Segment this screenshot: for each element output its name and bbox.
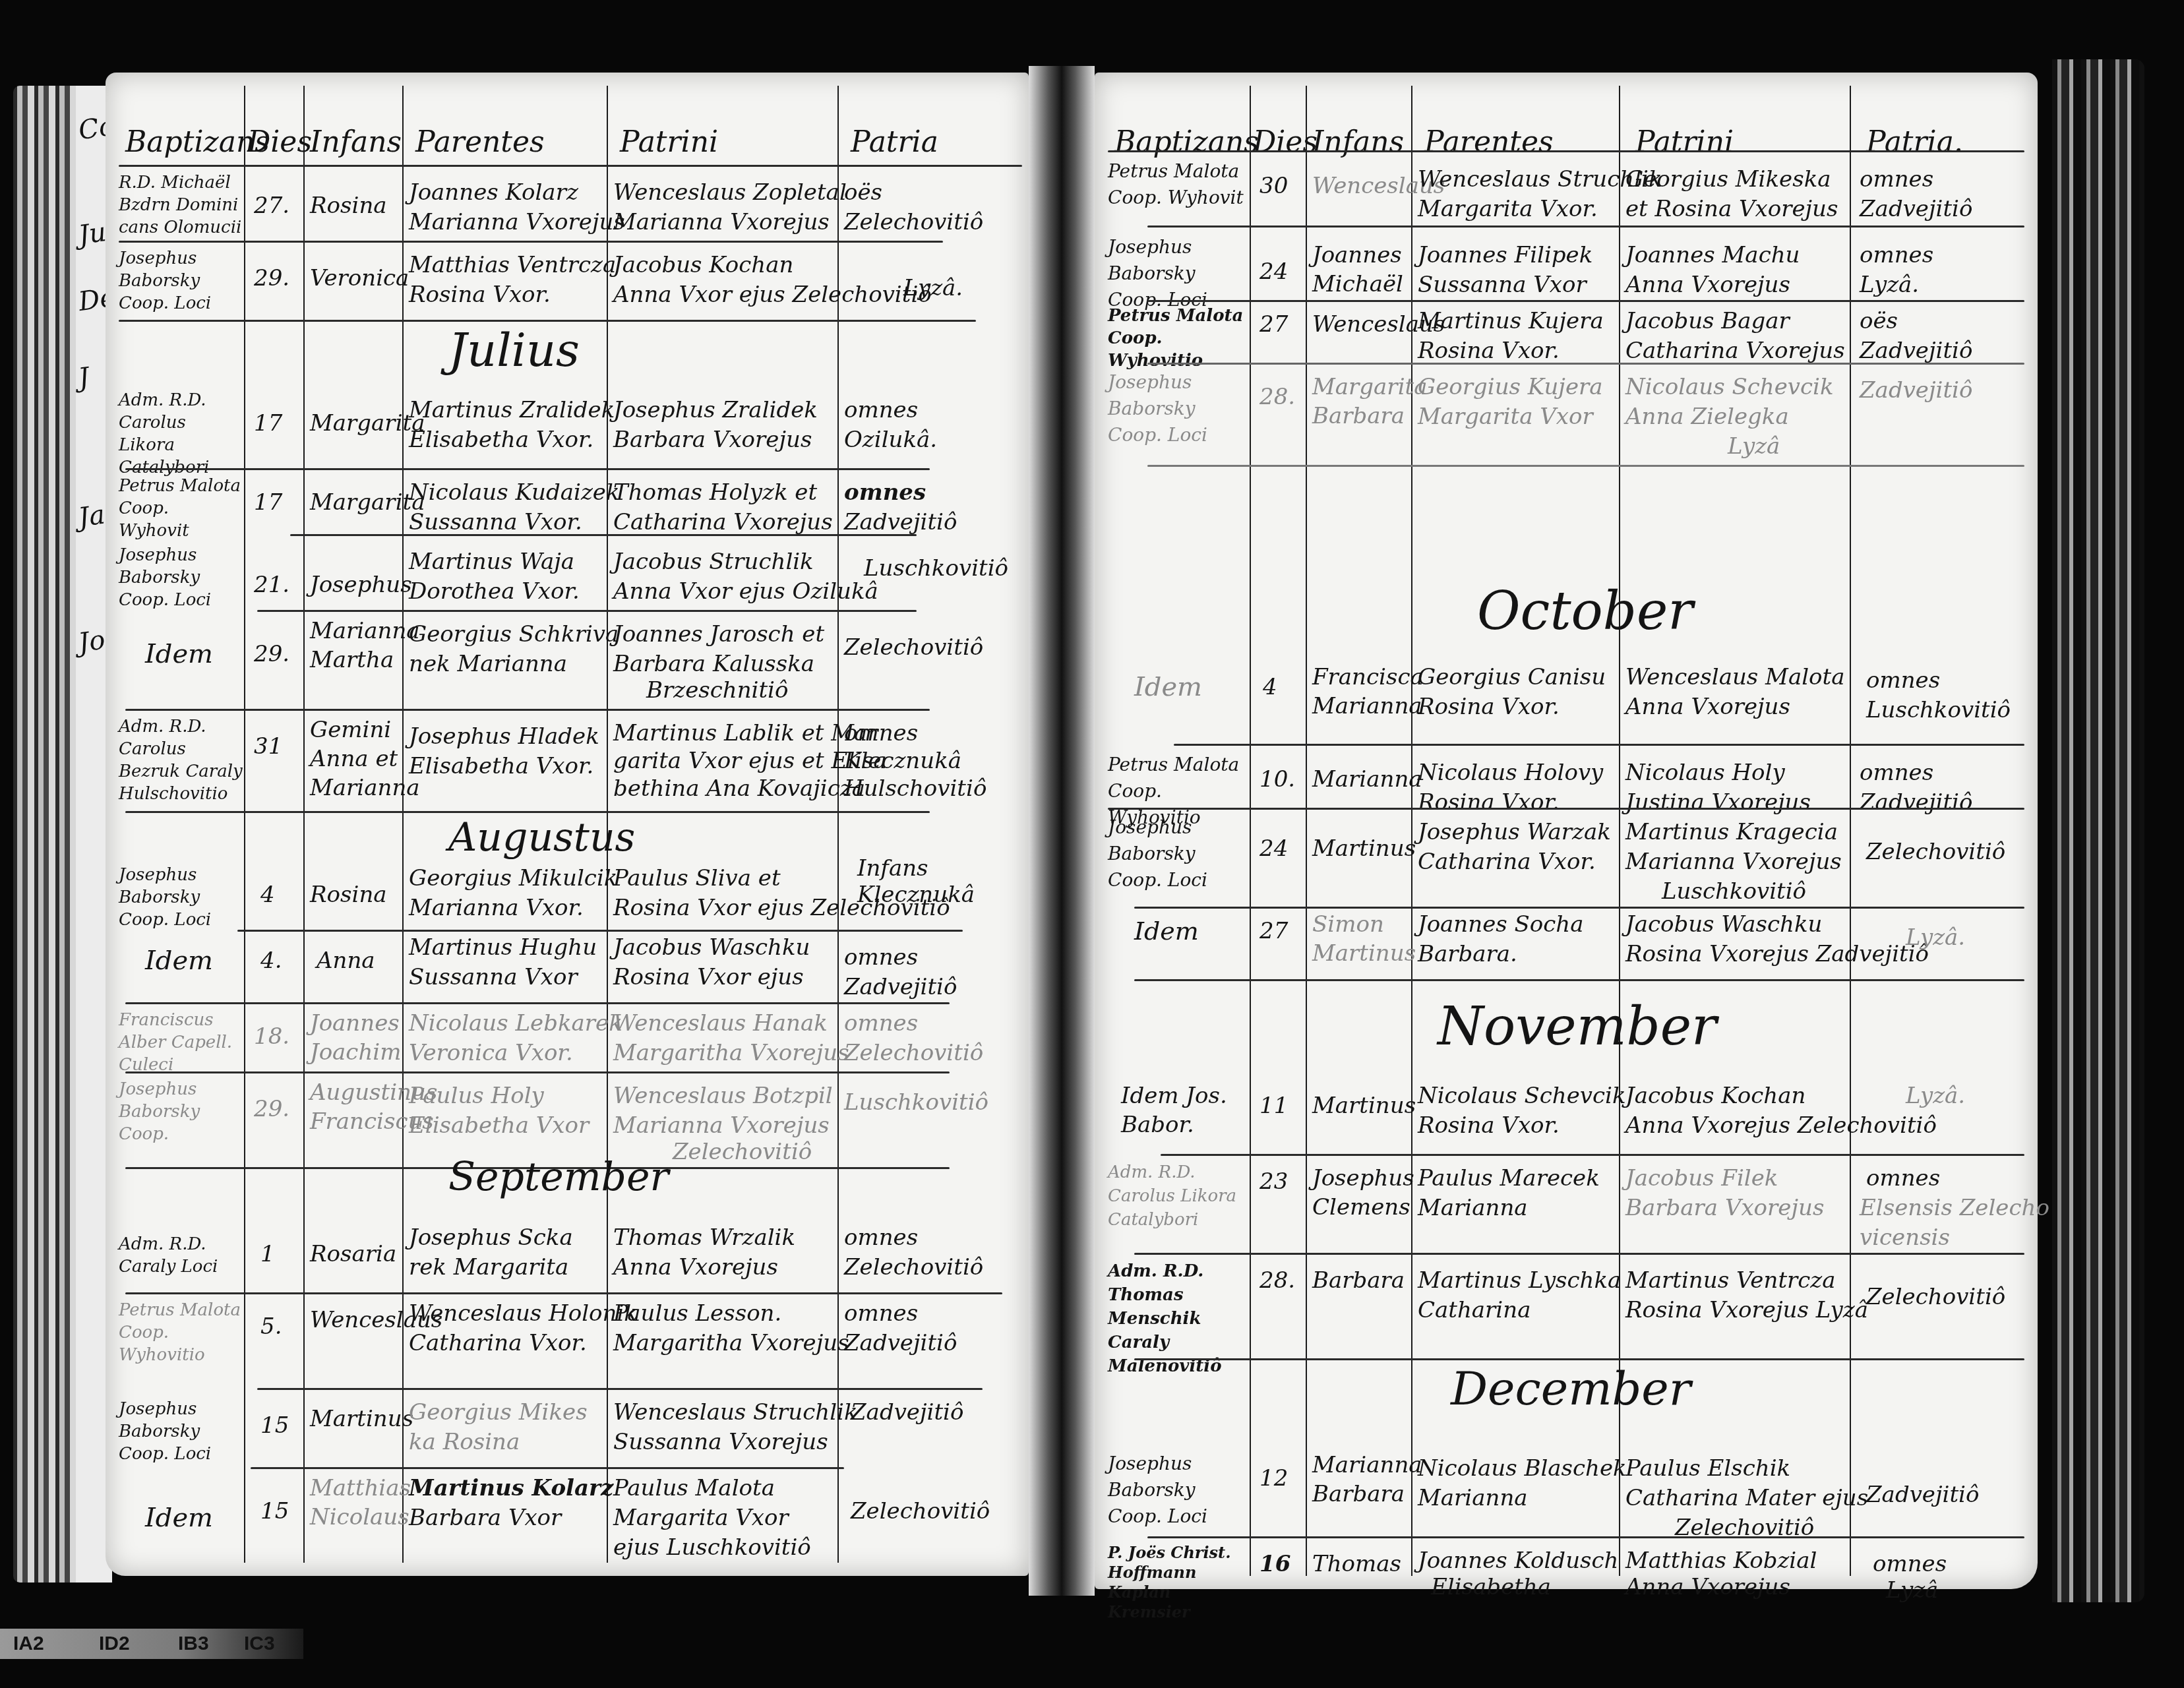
parentes-line: Nicolaus Kudaizek (409, 478, 620, 507)
patria-line: Zadvejitiô (1860, 336, 1972, 365)
row-rule (237, 930, 963, 932)
row-rule (125, 468, 930, 470)
infans: Margarita (310, 409, 425, 438)
patrini-line: Justina Vxorejus (1625, 788, 1811, 817)
patrini-line: Anna Vxorejus (1625, 692, 1790, 721)
ruler-label: IC3 (244, 1633, 275, 1655)
column-divider (303, 86, 305, 1563)
patrini-line: Joannes Machu (1625, 241, 1800, 270)
row-rule (119, 320, 976, 322)
dies: 27 (1259, 310, 1288, 339)
dies: 17 (254, 409, 282, 438)
book-gutter (1029, 66, 1095, 1596)
microfilm-target-ruler: IA2 ID2 IB3 IC3 (0, 1629, 303, 1659)
column-header-patria: Patria (851, 125, 938, 159)
parentes-line: Barbara. (1418, 940, 1517, 969)
parentes-line: Catharina Vxor. (1418, 847, 1596, 876)
parentes-line: Sussanna Vxor (1418, 270, 1587, 299)
patrini-line: ejus Luschkovitiô (613, 1533, 811, 1562)
row-rule (1161, 1154, 2024, 1156)
parentes-line: Joannes Filipek (1418, 241, 1592, 270)
patria-line: omnes (844, 719, 918, 748)
margin-note: Jo (76, 624, 107, 658)
column-divider (1306, 86, 1307, 1576)
right-page: Baptizans Dies Infans Parentes Patrini P… (1095, 73, 2038, 1589)
dies: 16 (1259, 1550, 1290, 1579)
patria-line: Zelechovitiô (844, 1039, 983, 1068)
parentes-line: Elisabetha Vxor. (409, 425, 593, 454)
patrini-line: Jacobus Kochan (613, 251, 793, 280)
baptizans: Josephus Baborsky Coop. Loci (119, 544, 244, 611)
patrini-line: Nicolaus Schevcik (1625, 373, 1834, 402)
row-rule (257, 1388, 983, 1390)
parentes-line: nek Marianna (409, 649, 567, 678)
patrini-line: Lyzâ (1728, 432, 1780, 461)
column-header-dies: Dies (247, 125, 312, 159)
parentes-line: Paulus Marecek (1418, 1164, 1600, 1193)
margin-note: Ja (76, 499, 107, 533)
infans: Josephus (310, 570, 412, 599)
patrini-line: Nicolaus Holy (1625, 758, 1785, 787)
patrini-line: Brzeschnitiô (646, 676, 788, 705)
patrini-line: Wenceslaus Struchlik (613, 1398, 858, 1427)
patria-line: Lyzâ. (903, 274, 963, 303)
patria-line: Klecznukâ (857, 880, 975, 909)
column-header-dies: Dies (1253, 125, 1318, 159)
dies: 29. (254, 640, 289, 669)
month-heading-november: November (1438, 996, 1716, 1057)
patria-line: Zelechovitiô (851, 1497, 990, 1526)
patria-line: Luschkovitiô (1866, 696, 2011, 725)
patrini-line: Jacobus Waschku (1625, 910, 1822, 939)
parentes-line: Paulus Holy (409, 1081, 544, 1110)
patrini-line: Barbara Vxorejus (613, 425, 812, 454)
baptizans: Idem (145, 640, 213, 669)
column-header-patrini: Patrini (620, 125, 718, 159)
header-rule (119, 165, 1022, 167)
row-rule (251, 1467, 844, 1469)
row-rule (1147, 465, 2024, 467)
patria-line: omnes (1860, 758, 1933, 787)
baptizans: Josephus Baborsky Coop. Loci (1108, 814, 1246, 893)
parentes-line: rek Margarita (409, 1253, 568, 1282)
parentes-line: Veronica Vxor. (409, 1039, 573, 1068)
patria-line: Ozilukâ. (844, 425, 937, 454)
patrini-line: Paulus Sliva et (613, 864, 781, 893)
patrini-line: Thomas Wrzalik (613, 1223, 795, 1252)
row-rule (1108, 808, 2024, 810)
parentes-line: Elisabetha (1431, 1573, 1551, 1602)
patrini-line: Marianna Vxorejus (1625, 847, 1842, 876)
column-header-baptizans: Baptizans (1114, 125, 1259, 159)
row-rule (125, 811, 930, 813)
left-page-stack-edge: Cop Jun Dec J Ja Jo (13, 86, 112, 1582)
column-divider (244, 86, 245, 1563)
month-heading-october: October (1477, 580, 1693, 642)
baptizans: Josephus Baborsky Coop. Loci (119, 864, 244, 931)
patrini-line: Jacobus Waschku (613, 933, 810, 962)
parentes-line: Georgius Mikulcik (409, 864, 617, 893)
row-rule (125, 1071, 950, 1073)
infans: Marianna Barbara (1312, 1451, 1411, 1509)
patria-line: Zadvejitiô (1866, 1480, 1979, 1509)
infans: Rosaria (310, 1240, 396, 1269)
parentes-line: Marianna (1418, 1193, 1528, 1222)
patria-line: omnes (844, 1009, 918, 1038)
parentes-line: Marianna (1418, 1484, 1528, 1513)
baptizans: Petrus Malota Coop. Wyhovitio (1108, 305, 1246, 372)
patrini-line: Rosina Vxor ejus (613, 963, 804, 992)
infans: Martinus (1312, 1091, 1416, 1120)
patrini-line: Joannes Jarosch et (613, 620, 824, 649)
infans: Martinus (310, 1404, 413, 1433)
patria-line: Zelechovitiô (1866, 837, 2005, 866)
infans: Simon Martinus (1312, 910, 1411, 968)
dies: 24 (1259, 257, 1288, 286)
patrini-line: Thomas Holyzk et (613, 478, 817, 507)
parentes-line: Sussanna Vxor (409, 963, 578, 992)
patrini-line: Sussanna Vxorejus (613, 1428, 828, 1457)
parentes-line: Barbara Vxor (409, 1503, 561, 1532)
parentes-line: Marianna Vxorejus (409, 208, 625, 237)
parentes-line: Georgius Canisu (1418, 663, 1606, 692)
row-rule (1134, 907, 2024, 909)
parentes-line: Josephus Warzak (1418, 818, 1611, 847)
parentes-line: Georgius Schkriva (409, 620, 619, 649)
column-header-patria: Patria. (1866, 125, 1963, 159)
patria-line: omnes (1866, 1164, 1940, 1193)
row-rule (290, 534, 917, 536)
baptizans: Franciscus Alber Capell. Culeci (119, 1009, 244, 1076)
patrini-line: Paulus Lesson. (613, 1299, 781, 1328)
column-header-parentes: Parentes (1424, 125, 1554, 159)
dies: 5. (260, 1312, 282, 1341)
patrini-line: Rosina Vxorejus Lyzâ (1625, 1296, 1868, 1325)
patrini-line: Catharina Vxorejus (613, 508, 833, 537)
column-header-patrini: Patrini (1635, 125, 1734, 159)
parentes-line: Martinus Waja (409, 547, 574, 576)
patrini-line: Jacobus Bagar (1625, 307, 1790, 336)
patrini-line: et Rosina Vxorejus (1625, 195, 1838, 224)
dies: 28. (1259, 1266, 1295, 1295)
dies: 12 (1259, 1464, 1288, 1493)
patrini-line: Jacobus Kochan (1625, 1081, 1805, 1110)
patria-line: omnes (1860, 165, 1933, 194)
dies: 27 (1259, 917, 1288, 946)
patrini-line: Anna Vxor ejus Ozilukâ (613, 577, 878, 606)
row-rule (1147, 300, 2024, 302)
patria-line: Zadvejitiô (844, 973, 957, 1002)
patria-line: Lyzâ. (1906, 923, 1965, 952)
patria-line: Zadvejitiô (1860, 788, 1972, 817)
parentes-line: ka Rosina (409, 1428, 520, 1457)
row-rule (125, 1292, 1002, 1294)
patria-line: Zelechovitiô (844, 633, 983, 662)
row-rule (125, 1002, 950, 1004)
baptizans: Josephus Baborsky Coop. Loci (119, 247, 244, 315)
infans: Augustinus Franciscus (310, 1078, 402, 1136)
patrini-line: Zelechovitiô (673, 1137, 812, 1166)
parentes-line: Martinus Kolarz (409, 1474, 613, 1503)
row-rule (1134, 1358, 2024, 1360)
patria-line: Infans (857, 854, 928, 883)
month-heading-september: September (448, 1154, 669, 1200)
patria-line: oës (1860, 307, 1898, 336)
parentes-line: Martinus Kujera (1418, 307, 1604, 336)
infans: Barbara (1312, 1266, 1405, 1295)
ruler-label: IA2 (13, 1633, 44, 1655)
dies: 24 (1259, 834, 1288, 863)
patria-line: vicensis (1860, 1223, 1950, 1252)
patrini-line: Barbara Kalusska (613, 649, 814, 678)
infans: Anna (317, 946, 375, 975)
patrini-line: Luschkovitiô (1662, 877, 1806, 906)
patrini-line: Wenceslaus Malota (1625, 663, 1844, 692)
parentes-line: Margarita Vxor. (1418, 195, 1598, 224)
parentes-line: Nicolaus Holovy (1418, 758, 1603, 787)
ruler-label: IB3 (178, 1633, 209, 1655)
dies: 28. (1259, 382, 1295, 411)
patria-line: omnes (844, 478, 926, 507)
parentes-line: Josephus Hladek (409, 722, 599, 751)
parentes-line: Josephus Scka (409, 1223, 573, 1252)
baptizans: Adm. R.D. Carolus Likora Catalybori (1108, 1160, 1246, 1232)
row-rule (1147, 363, 2024, 365)
parentes-line: Rosina Vxor. (1418, 788, 1560, 817)
parentes-line: Martinus Lyschka (1418, 1266, 1621, 1295)
dies: 4 (260, 880, 275, 909)
patria-line: Luschkovitiô (864, 554, 1008, 583)
parentes-line: Sussanna Vxor. (409, 508, 582, 537)
patria-line: omnes (1873, 1550, 1947, 1579)
ruler-label: ID2 (99, 1633, 130, 1655)
baptizans: Idem (145, 946, 213, 975)
dies: 23 (1259, 1167, 1288, 1196)
patria-line: omnes (844, 396, 918, 425)
parentes-line: Rosina Vxor. (1418, 1111, 1560, 1140)
patrini-line: Martinus Lablik et Mar (613, 719, 878, 748)
parentes-line: Rosina Vxor. (1418, 692, 1560, 721)
dies: 30 (1259, 171, 1288, 200)
row-rule (125, 709, 930, 711)
patrini-line: Anna Vxorejus (1625, 1573, 1790, 1602)
column-divider (1619, 86, 1620, 1576)
dies: 27. (254, 191, 289, 220)
column-divider (1850, 86, 1851, 1576)
dies: 4. (260, 946, 282, 975)
baptizans: Petrus Malota Coop. Wyhovitio (119, 1299, 244, 1366)
parentes-line: Dorothea Vxor. (409, 577, 580, 606)
patria-line: omnes (844, 943, 918, 972)
column-header-infans: Infans (1312, 125, 1404, 159)
patrini-line: Martinus Ventrcza (1625, 1266, 1836, 1295)
patrini-line: Margaritha Vxorejus (613, 1039, 849, 1068)
parentes-line: Georgius Kujera (1418, 373, 1603, 402)
infans: Margarita Barbara (1312, 373, 1411, 431)
patrini-line: Jacobus Filek (1625, 1164, 1778, 1193)
month-heading-december: December (1451, 1362, 1691, 1416)
dies: 15 (260, 1497, 289, 1526)
baptizans: Idem Jos. Babor. (1121, 1081, 1253, 1139)
dies: 11 (1259, 1091, 1288, 1120)
month-heading-julius: Julius (448, 323, 580, 377)
parentes-line: Joannes Koldusch (1418, 1546, 1618, 1575)
patrini-line: Anna Vxorejus Zelechovitiô (1625, 1111, 1937, 1140)
patria-line: omnes (1866, 666, 1940, 695)
baptizans: Petrus Malota Coop. Wyhovit (119, 475, 244, 542)
dies: 15 (260, 1411, 289, 1440)
patrini-line: Anna Zielegka (1625, 402, 1789, 431)
patria-line: Zadvejitiô (1860, 195, 1972, 224)
parentes-line: Georgius Mikes (409, 1398, 588, 1427)
patrini-line: Marianna Vxorejus (613, 208, 830, 237)
infans: Joannes Michaël (1312, 241, 1411, 299)
patrini-line: Anna Vxorejus (1625, 270, 1790, 299)
patrini-line: Barbara Vxorejus (1625, 1193, 1824, 1222)
patria-line: Lyzâ. (1860, 270, 1919, 299)
patria-line: Hulschovitiô (844, 774, 986, 803)
parentes-line: Nicolaus Blaschek (1418, 1454, 1627, 1483)
patria-line: Zadvejitiô (844, 1329, 957, 1358)
patrini-line: Wenceslaus Botzpil (613, 1081, 833, 1110)
patrini-line: Wenceslaus Hanak (613, 1009, 828, 1038)
infans: Rosina (310, 191, 387, 220)
patria-line: omnes (1860, 241, 1933, 270)
baptizans: Idem (1134, 917, 1199, 946)
patria-line: Klecznukâ (844, 746, 961, 775)
parentes-line: Nicolaus Lebkarek (409, 1009, 622, 1038)
dies: 4 (1263, 673, 1277, 702)
dies: 17 (254, 488, 282, 517)
parentes-line: Marianna Vxor. (409, 893, 584, 922)
patria-line: Luschkovitiô (844, 1088, 988, 1117)
patria-line: omnes (844, 1299, 918, 1328)
parentes-line: Martinus Hughu (409, 933, 597, 962)
patrini-line: Paulus Malota (613, 1474, 775, 1503)
baptizans: Josephus Baborsky Coop. (119, 1078, 244, 1145)
row-rule (119, 241, 943, 243)
infans: Joannes Joachim (310, 1009, 402, 1067)
dies: 18. (254, 1022, 289, 1051)
infans: Thomas (1312, 1550, 1401, 1579)
patrini-line: Jacobus Struchlik (613, 547, 814, 576)
infans: Matthias Nicolaus (310, 1474, 402, 1532)
dies: 29. (254, 264, 289, 293)
parentes-line: Rosina Vxor. (1418, 336, 1560, 365)
patrini-line: bethina Ana Kovajicza (613, 774, 865, 803)
patrini-line: Martinus Kragecia (1625, 818, 1838, 847)
parentes-line: Nicolaus Schevcik (1418, 1081, 1626, 1110)
patrini-line: Anna Vxor ejus Zelechovitiô (613, 280, 932, 309)
row-rule (1147, 226, 2024, 227)
row-rule (1134, 1253, 2024, 1255)
patrini-line: Matthias Kobzial (1625, 1546, 1817, 1575)
baptizans: R.D. Michaël Bzdrn Domini cans Olomucii (119, 171, 244, 239)
patrini-line: Catharina Vxorejus (1625, 336, 1845, 365)
baptizans: Josephus Baborsky Coop. Loci (1108, 369, 1246, 448)
parentes-line: Joannes Socha (1418, 910, 1584, 939)
parentes-line: Catharina (1418, 1296, 1531, 1325)
margin-note: J (76, 362, 91, 394)
month-heading-augustus: Augustus (448, 814, 635, 860)
column-divider (402, 86, 404, 1563)
patrini-line: Wenceslaus Zopletal (613, 178, 847, 207)
patrini-line: Georgius Mikeska (1625, 165, 1831, 194)
row-rule (1134, 979, 2024, 981)
column-header-infans: Infans (310, 125, 402, 159)
dies: 10. (1259, 765, 1295, 794)
baptizans: Idem (145, 1503, 213, 1532)
infans: Gemini Anna et Marianna (310, 715, 402, 802)
baptizans: Petrus Malota Coop. Wyhovit (1108, 158, 1246, 211)
patrini-line: Paulus Elschik (1625, 1454, 1790, 1483)
baptizans: Adm. R.D. Thomas Menschik Caraly Malenov… (1108, 1259, 1246, 1378)
parentes-line: Margarita Vxor (1418, 402, 1593, 431)
patrini-line: Marianna Vxorejus (613, 1111, 830, 1140)
infans: Marianna (1312, 765, 1422, 794)
patria-line: Zadvejitiô (1860, 376, 1972, 405)
patria-line: omnes (844, 1223, 918, 1252)
row-rule (1174, 744, 2024, 746)
patrini-line: Rosina Vxorejus Zadvejitiô (1625, 940, 1929, 969)
patria-line: Zelechovitiô (1866, 1282, 2005, 1311)
column-header-parentes: Parentes (415, 125, 545, 159)
left-page: Baptizans Dies Infans Parentes Patrini P… (106, 73, 1029, 1576)
baptizans: Idem (1134, 673, 1202, 702)
column-divider (1250, 86, 1251, 1576)
patrini-line: Margaritha Vxorejus (613, 1329, 849, 1358)
infans: Rosina (310, 880, 387, 909)
patria-line: Lyzâ. (1906, 1081, 1965, 1110)
patria-line: Zadvejitiô (844, 508, 957, 537)
infans: Margarita (310, 488, 425, 517)
baptizans: P. Joës Christ. Hoffmann Kaplan Kremsier (1108, 1543, 1246, 1622)
patria-line: oës (844, 178, 882, 207)
parentes-line: Elisabetha Vxor. (409, 752, 593, 781)
row-rule (257, 610, 917, 612)
header-rule (1108, 150, 2024, 152)
dies: 1 (260, 1240, 275, 1269)
patria-line: Lyzâ (1886, 1576, 1938, 1605)
baptizans: Josephus Baborsky Coop. Loci (1108, 1451, 1246, 1530)
parentes-line: Catharina Vxor. (409, 1329, 587, 1358)
baptizans: Adm. R.D. Carolus Bezruk Caraly Hulschov… (119, 715, 244, 805)
baptizans: Adm. R.D. Carolus Likora Catalybori (119, 389, 244, 479)
baptizans: Adm. R.D. Caraly Loci (119, 1233, 244, 1278)
infans: Marianna Martha (310, 617, 402, 675)
patria-line: Elsensis Zelecho (1860, 1193, 2049, 1222)
patrini-line: Josephus Zralidek (613, 396, 818, 425)
infans: Veronica (310, 264, 409, 293)
patria-line: Zelechovitiô (844, 208, 983, 237)
dies: 21. (254, 570, 289, 599)
dies: 31 (254, 732, 282, 761)
baptizans: Josephus Baborsky Coop. Loci (119, 1398, 244, 1465)
patria-line: Zadvejitiô (851, 1398, 963, 1427)
dies: 29. (254, 1095, 289, 1124)
parentes-line: Rosina Vxor. (409, 280, 551, 309)
patria-line: Zelechovitiô (844, 1253, 983, 1282)
patrini-line: Catharina Mater ejus (1625, 1484, 1868, 1513)
infans: Martinus (1312, 834, 1416, 863)
row-rule (1147, 1536, 2024, 1538)
right-page-stack-edge (2052, 59, 2144, 1602)
parentes-line: Elisabetha Vxor (409, 1111, 589, 1140)
parentes-line: Matthias Ventrcza (409, 251, 616, 280)
infans: Francisca Marianna (1312, 663, 1411, 721)
patrini-line: Anna Vxorejus (613, 1253, 778, 1282)
parentes-line: Martinus Zralidek (409, 396, 615, 425)
